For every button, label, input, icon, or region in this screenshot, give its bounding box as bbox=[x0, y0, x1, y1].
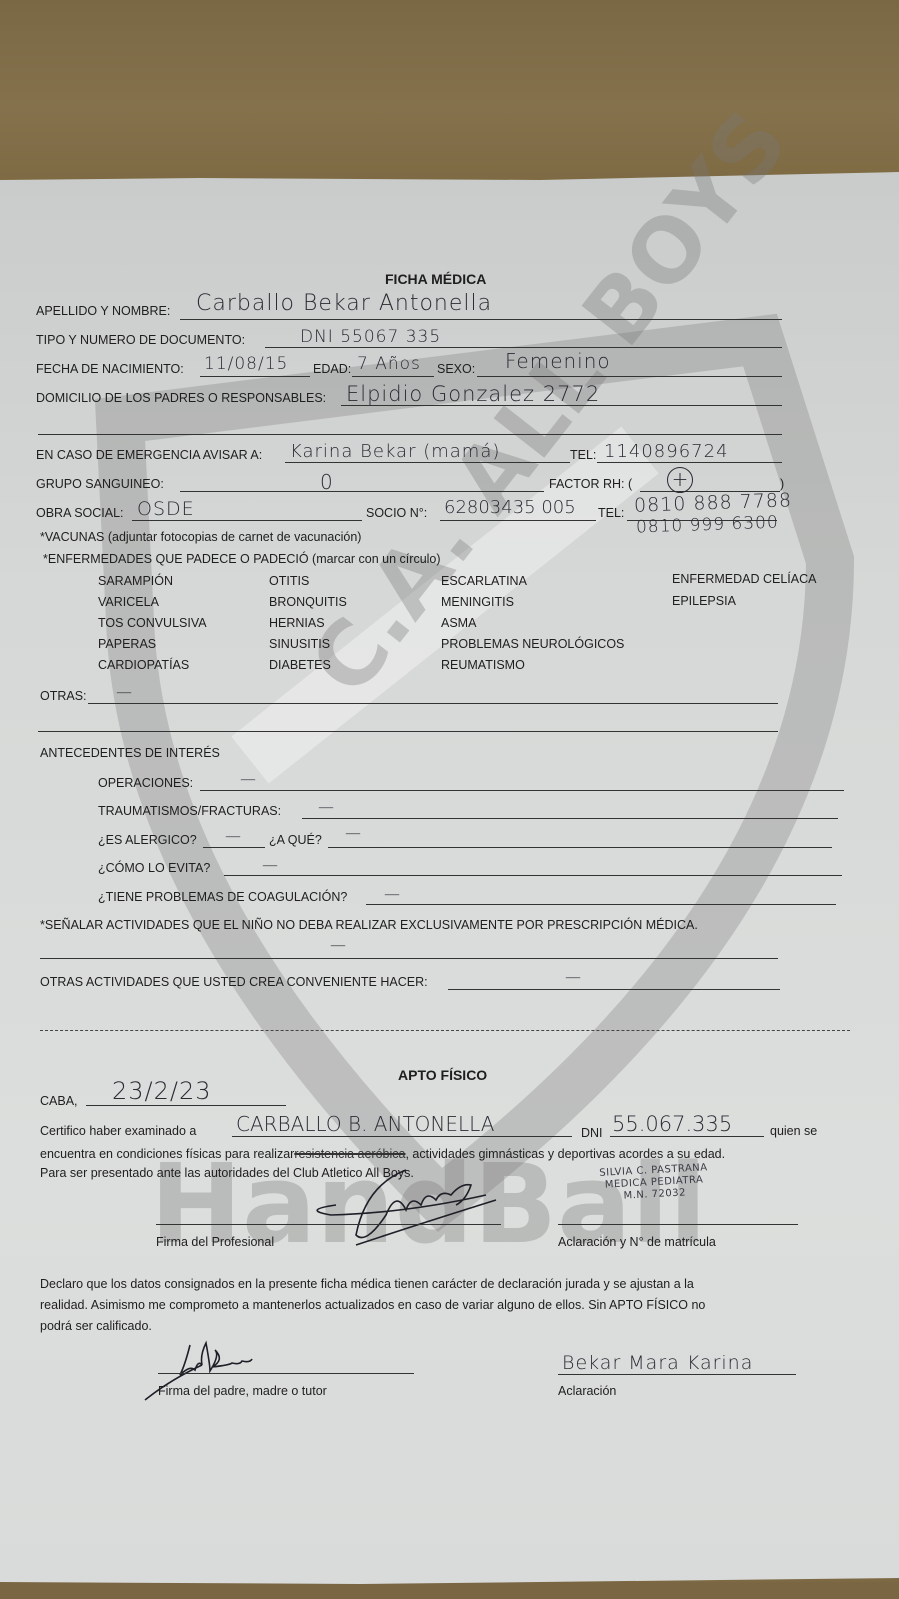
background-surface-bottom bbox=[0, 1582, 899, 1599]
disease-option[interactable]: BRONQUITIS bbox=[269, 595, 347, 609]
label-sexo: SEXO: bbox=[437, 362, 475, 376]
disease-option[interactable]: TOS CONVULSIVA bbox=[98, 616, 207, 630]
label-dni: DNI bbox=[581, 1126, 603, 1140]
section-divider bbox=[40, 1030, 850, 1031]
value-coagulacion[interactable]: — bbox=[384, 884, 401, 903]
label-alergico: ¿ES ALERGICO? bbox=[98, 833, 197, 847]
disease-option[interactable]: DIABETES bbox=[269, 658, 331, 672]
disease-option[interactable]: MENINGITIS bbox=[441, 595, 514, 609]
disease-option[interactable]: VARICELA bbox=[98, 595, 159, 609]
disease-option[interactable]: REUMATISMO bbox=[441, 658, 525, 672]
value-fecha-nacimiento[interactable]: 11/08/15 bbox=[204, 354, 288, 374]
struck-text: resistencia aeróbica bbox=[294, 1147, 405, 1161]
disease-option[interactable]: PROBLEMAS NEUROLÓGICOS bbox=[441, 637, 624, 651]
disease-option[interactable]: CARDIOPATÍAS bbox=[98, 658, 189, 672]
label-socio: SOCIO N°: bbox=[366, 506, 427, 520]
value-senalar[interactable]: — bbox=[330, 935, 347, 954]
label-aclaracion-matricula: Aclaración y N° de matrícula bbox=[558, 1235, 716, 1249]
doctor-stamp: SILVIA C. PASTRANA MEDICA PEDIATRA M.N. … bbox=[599, 1162, 709, 1204]
value-sexo[interactable]: Femenino bbox=[505, 349, 611, 373]
disease-option[interactable]: EPILEPSIA bbox=[672, 594, 736, 608]
disease-option[interactable]: OTITIS bbox=[269, 574, 309, 588]
value-aclaracion[interactable]: Bekar Mara Karina bbox=[562, 1352, 753, 1374]
label-domicilio: DOMICILIO DE LOS PADRES O RESPONSABLES: bbox=[36, 391, 326, 405]
label-apellido-nombre: APELLIDO Y NOMBRE: bbox=[36, 304, 170, 318]
value-traumatismos[interactable]: — bbox=[318, 797, 335, 816]
label-obra-social: OBRA SOCIAL: bbox=[36, 506, 124, 520]
certificate-text-cont: , actividades gimnásticas y deportivas a… bbox=[405, 1147, 725, 1161]
enfermedades-heading: *ENFERMEDADES QUE PADECE O PADECIÓ (marc… bbox=[43, 552, 441, 566]
label-traumatismos: TRAUMATISMOS/FRACTURAS: bbox=[98, 804, 281, 818]
value-factor-rh[interactable]: + bbox=[667, 467, 693, 493]
label-a-que: ¿A QUÉ? bbox=[269, 833, 322, 847]
disease-option[interactable]: HERNIAS bbox=[269, 616, 325, 630]
label-operaciones: OPERACIONES: bbox=[98, 776, 193, 790]
apto-title: APTO FÍSICO bbox=[398, 1067, 487, 1083]
value-emergencia[interactable]: Karina Bekar (mamá) bbox=[290, 441, 500, 462]
value-operaciones[interactable]: — bbox=[240, 769, 257, 788]
label-fecha-nacimiento: FECHA DE NACIMIENTO: bbox=[36, 362, 184, 376]
disease-option[interactable]: SARAMPIÓN bbox=[98, 574, 173, 588]
label-coagulacion: ¿TIENE PROBLEMAS DE COAGULACIÓN? bbox=[98, 890, 347, 904]
label-certifico: Certifico haber examinado a bbox=[40, 1124, 196, 1138]
value-paciente[interactable]: CARBALLO B. ANTONELLA bbox=[236, 1112, 494, 1136]
value-otras[interactable]: — bbox=[116, 682, 133, 701]
declaracion-line-2: realidad. Asimismo me comprometo a mante… bbox=[40, 1298, 705, 1312]
disease-option[interactable]: ESCARLATINA bbox=[441, 574, 527, 588]
value-dni[interactable]: 55.067.335 bbox=[612, 1112, 732, 1136]
value-socio[interactable]: 62803435 005 bbox=[444, 497, 576, 518]
label-quien-se: quien se bbox=[770, 1124, 817, 1138]
label-lugar: CABA, bbox=[40, 1094, 78, 1108]
value-otras-actividades[interactable]: — bbox=[565, 967, 582, 986]
label-documento: TIPO Y NUMERO DE DOCUMENTO: bbox=[36, 333, 245, 347]
declaracion-line-1: Declaro que los datos consignados en la … bbox=[40, 1277, 694, 1291]
label-emergencia: EN CASO DE EMERGENCIA AVISAR A: bbox=[36, 448, 262, 462]
declaracion-line-3: podrá ser calificado. bbox=[40, 1319, 152, 1333]
label-emergencia-tel: TEL: bbox=[570, 448, 596, 462]
label-como-evita: ¿CÓMO LO EVITA? bbox=[98, 861, 210, 875]
label-edad: EDAD: bbox=[313, 362, 351, 376]
label-aclaracion: Aclaración bbox=[558, 1384, 616, 1398]
value-domicilio[interactable]: Elpidio Gonzalez 2772 bbox=[346, 382, 600, 406]
label-grupo-sanguineo: GRUPO SANGUINEO: bbox=[36, 477, 164, 491]
value-apellido-nombre[interactable]: Carballo Bekar Antonella bbox=[196, 291, 492, 316]
value-alergico[interactable]: — bbox=[225, 826, 242, 845]
value-como-evita[interactable]: — bbox=[262, 855, 279, 874]
professional-signature bbox=[296, 1165, 506, 1260]
value-fecha-apto[interactable]: 23/2/23 bbox=[112, 1077, 212, 1105]
label-senalar: *SEÑALAR ACTIVIDADES QUE EL NIÑO NO DEBA… bbox=[40, 918, 698, 932]
label-firma-profesional: Firma del Profesional bbox=[156, 1235, 274, 1249]
vacunas-note: *VACUNAS (adjuntar fotocopias de carnet … bbox=[40, 530, 361, 544]
disease-option[interactable]: PAPERAS bbox=[98, 637, 156, 651]
disease-option[interactable]: ENFERMEDAD CELÍACA bbox=[672, 572, 816, 586]
form-title: FICHA MÉDICA bbox=[385, 271, 486, 287]
label-otras-actividades: OTRAS ACTIVIDADES QUE USTED CREA CONVENI… bbox=[40, 975, 428, 989]
label-obra-tel: TEL: bbox=[598, 506, 624, 520]
value-edad[interactable]: 7 Años bbox=[357, 354, 421, 374]
label-factor-rh: FACTOR RH: ( bbox=[549, 477, 632, 491]
value-emergencia-tel[interactable]: 1140896724 bbox=[604, 441, 729, 462]
label-firma-padre: Firma del padre, madre o tutor bbox=[158, 1384, 327, 1398]
certificate-line-2: encuentra en condiciones físicas para re… bbox=[40, 1147, 725, 1161]
disease-option[interactable]: ASMA bbox=[441, 616, 476, 630]
value-documento[interactable]: DNI 55067 335 bbox=[300, 327, 441, 347]
label-otras: OTRAS: bbox=[40, 689, 87, 703]
value-a-que[interactable]: — bbox=[345, 823, 362, 842]
certificate-text: encuentra en condiciones físicas para re… bbox=[40, 1147, 294, 1161]
disease-option[interactable]: SINUSITIS bbox=[269, 637, 330, 651]
antecedentes-heading: ANTECEDENTES DE INTERÉS bbox=[40, 746, 220, 760]
value-grupo-sanguineo[interactable]: 0 bbox=[320, 470, 334, 494]
value-obra-social[interactable]: OSDE bbox=[137, 498, 195, 520]
